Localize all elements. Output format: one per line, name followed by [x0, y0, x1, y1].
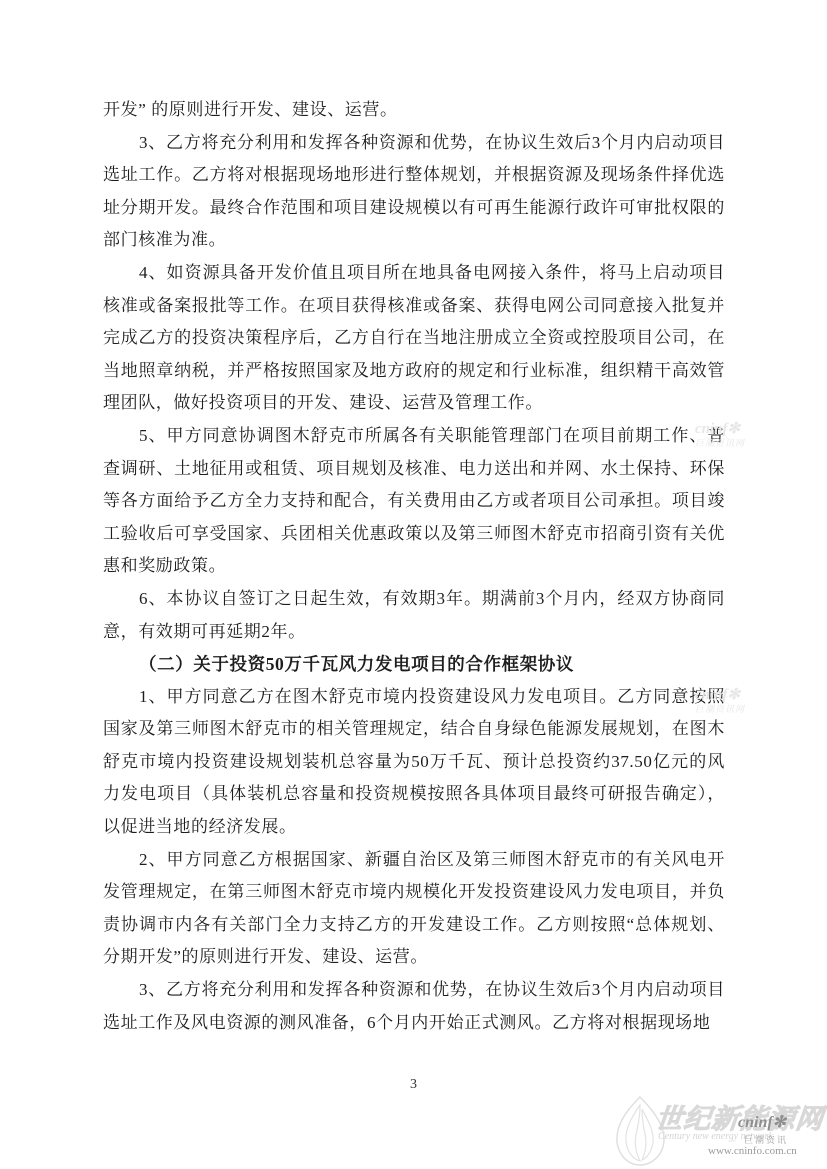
paragraph-item-3: 3、乙方将充分利用和发挥各种资源和优势，在协议生效后3个月内启动项目选址工作。乙… — [103, 127, 725, 257]
page-number: 3 — [0, 1077, 827, 1093]
cninfo-logo-caption: 巨潮资讯 — [744, 1133, 788, 1146]
document-body: 开发” 的原则进行开发、建设、运营。 3、乙方将充分利用和发挥各种资源和优势，在… — [103, 94, 725, 1039]
paragraph-item-6: 6、本协议自签订之日起生效，有效期3年。期满前3个月内，经双方协商同意，有效期可… — [103, 583, 725, 648]
paragraph-item-5: 5、甲方同意协调图木舒克市所属各有关职能管理部门在项目前期工作、普查调研、土地征… — [103, 420, 725, 583]
paragraph-item-2: 2、甲方同意乙方根据国家、新疆自治区及第三师图木舒克市的有关风电开发管理规定，在… — [103, 844, 725, 974]
bottom-watermark: 世纪新能源网 Century new energy network cninf✻… — [612, 1093, 827, 1169]
cninfo-url: www.cninfo.com.cn — [708, 1145, 797, 1157]
century-energy-watermark-title: 世纪新能源网 — [654, 1097, 826, 1136]
flame-icon — [612, 1095, 668, 1167]
century-energy-watermark-subtitle: Century new energy network — [658, 1131, 773, 1142]
paragraph-item-3b: 3、乙方将充分利用和发挥各种资源和优势，在协议生效后3个月内启动项目选址工作及风… — [103, 974, 725, 1039]
paragraph-item-4: 4、如资源具备开发价值且项目所在地具备电网接入条件，将马上启动项目核准或备案报批… — [103, 257, 725, 420]
cninfo-logo: cninf✻ — [738, 1115, 786, 1131]
document-page: 开发” 的原则进行开发、建设、运营。 3、乙方将充分利用和发挥各种资源和优势，在… — [0, 0, 827, 1169]
paragraph-item-1: 1、甲方同意乙方在图木舒克市境内投资建设风力发电项目。乙方同意按照国家及第三师图… — [103, 681, 725, 844]
section-heading: （二）关于投资50万千瓦风力发电项目的合作框架协议 — [103, 648, 725, 681]
paragraph-continuation: 开发” 的原则进行开发、建设、运营。 — [103, 94, 725, 127]
